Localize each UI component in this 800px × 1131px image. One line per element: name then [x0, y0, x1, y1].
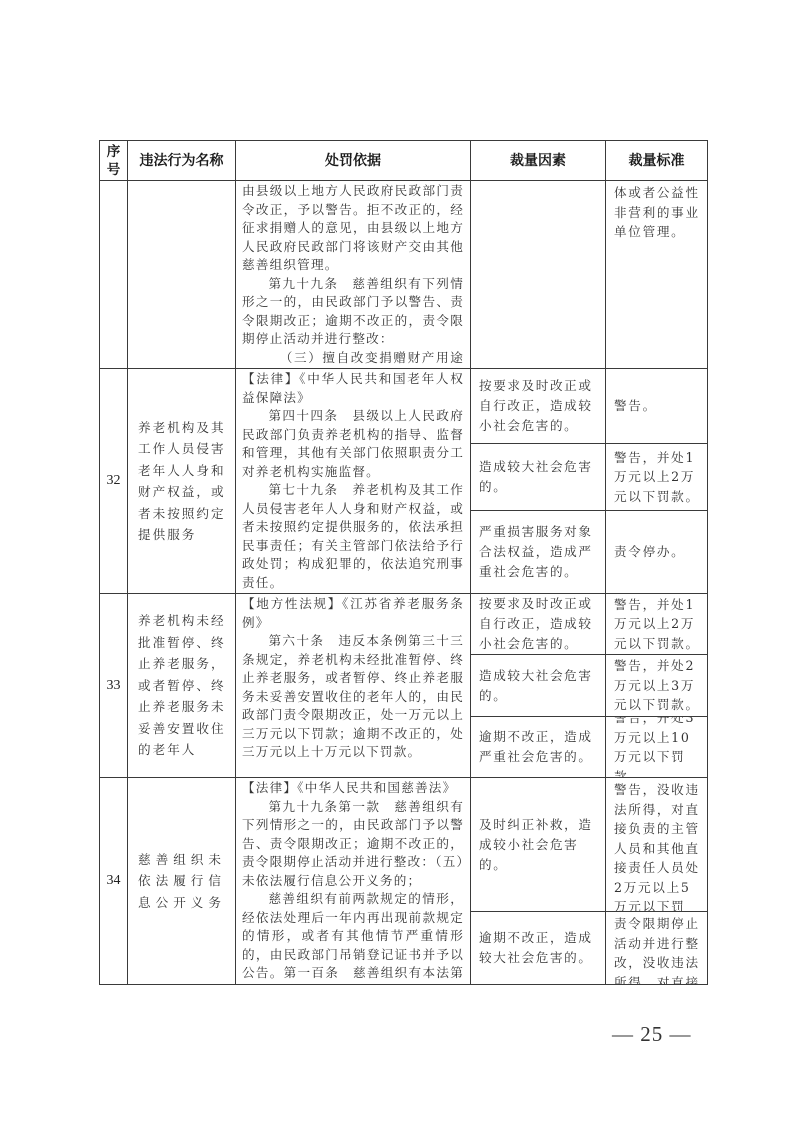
standard-text: 警告，并处1万元以上2万元以下罚款。: [614, 595, 703, 654]
factor-33-1: 按要求及时改正或自行改正，造成较小社会危害的。: [471, 594, 605, 654]
standard-text: 警告，并处1万元以上2万元以下罚款。: [614, 448, 703, 507]
basis-paragraph: 第六十条 违反本条例第三十三条规定，养老机构未经批准暂停、终止养老服务，或者暂停…: [242, 632, 464, 762]
basis-paragraph: 【法律】《中华人民共和国老年人权益保障法》: [242, 370, 464, 407]
factor-text: 造成较大社会危害的。: [479, 666, 599, 706]
standard-text: 责令停办。: [614, 542, 685, 562]
factor-34-1: 及时纠正补救，造成较小社会危害的。: [471, 778, 605, 911]
standard-34-1: 警告，没收违法所得，对直接负责的主管人员和其他直接责任人员处2万元以上5万元以下…: [606, 778, 707, 911]
basis-paragraph: 第九十九条 慈善组织有下列情形之一的，由民政部门予以警告、责令限期改正；逾期不改…: [242, 275, 464, 349]
header-penalty-basis: 处罚依据: [236, 141, 470, 180]
factor-text: 及时纠正补救，造成较小社会危害的。: [479, 815, 599, 875]
basis-paragraph: 【地方性法规】《江苏省养老服务条例》: [242, 595, 464, 632]
row-violation-name-34: 慈善组织未依法履行信息公开义务: [128, 778, 235, 984]
factor-text: 按要求及时改正或自行改正，造成较小社会危害的。: [479, 594, 599, 654]
basis-paragraph: 慈善组织有前两款规定的情形，经依法处理后一年内再出现前款规定的情形，或者有其他情…: [242, 890, 464, 984]
standard-text: 责令限期停止活动并进行整改，没收违法所得，对直接负责: [614, 914, 703, 984]
row-basis-34: 【法律】《中华人民共和国慈善法》 第九十九条第一款 慈善组织有下列情形之一的，由…: [236, 778, 470, 984]
factor-32-3: 严重损害服务对象合法权益，造成严重社会危害的。: [471, 511, 605, 593]
standard-33-2: 警告，并处2万元以上3万元以下罚款。: [606, 655, 707, 716]
standard-33-3: 警告，并处3万元以上10万元以下罚款。: [606, 717, 707, 777]
standard-text: 警告，并处3万元以上10万元以下罚款。: [614, 717, 703, 777]
row-seq-32: 32: [100, 369, 127, 593]
basis-paragraph: 第九十九条第一款 慈善组织有下列情形之一的，由民政部门予以警告、责令限期改正；逾…: [242, 798, 464, 891]
standard-text: 体或者公益性非营利的事业单位管理。: [614, 183, 703, 242]
row-seq-33: 33: [100, 594, 127, 777]
factor-text: 逾期不改正，造成严重社会危害的。: [479, 727, 599, 767]
violation-name-text: 慈善组织未依法履行信息公开义务: [138, 849, 227, 914]
factor-34-2: 逾期不改正，造成较大社会危害的。: [471, 912, 605, 984]
factor-32-2: 造成较大社会危害的。: [471, 444, 605, 510]
standard-32-3: 责令停办。: [606, 511, 707, 593]
violation-name-text: 养老机构未经批准暂停、终止养老服务，或者暂停、终止养老服务未妥善安置收住的老年人: [138, 610, 227, 761]
document-page: 序 号 违法行为名称 处罚依据 裁量因素 裁量标准 由县级以上地方人民政府民政部…: [0, 0, 800, 1131]
factor-32-1: 按要求及时改正或自行改正，造成较小社会危害的。: [471, 369, 605, 443]
factor-33-2: 造成较大社会危害的。: [471, 655, 605, 716]
standard-text: 警告。: [614, 396, 657, 416]
continuation-standard: 体或者公益性非营利的事业单位管理。: [606, 181, 707, 261]
violation-name-text: 养老机构及其工作人员侵害老年人人身和财产权益，或者未按照约定提供服务: [138, 417, 227, 546]
standard-text: 警告，没收违法所得，对直接负责的主管人员和其他直接责任人员处2万元以上5万元以下…: [614, 780, 703, 911]
standard-32-2: 警告，并处1万元以上2万元以下罚款。: [606, 444, 707, 510]
basis-paragraph: 由县级以上地方人民政府民政部门责令改正，予以警告。拒不改正的，经征求捐赠人的意见…: [242, 182, 464, 275]
header-discretion-factors: 裁量因素: [471, 141, 605, 180]
header-seq: 序 号: [100, 141, 127, 180]
row-seq-34: 34: [100, 778, 127, 984]
factor-33-3: 逾期不改正，造成严重社会危害的。: [471, 717, 605, 777]
factor-text: 造成较大社会危害的。: [479, 457, 599, 497]
row-basis-33: 【地方性法规】《江苏省养老服务条例》 第六十条 违反本条例第三十三条规定，养老机…: [236, 594, 470, 777]
row-basis-32: 【法律】《中华人民共和国老年人权益保障法》 第四十四条 县级以上人民政府民政部门…: [236, 369, 470, 593]
standard-text: 警告，并处2万元以上3万元以下罚款。: [614, 656, 703, 715]
basis-paragraph: 【法律】《中华人民共和国慈善法》: [242, 779, 464, 798]
factor-text: 按要求及时改正或自行改正，造成较小社会危害的。: [479, 376, 599, 436]
standard-32-1: 警告。: [606, 369, 707, 443]
factor-text: 严重损害服务对象合法权益，造成严重社会危害的。: [479, 522, 599, 582]
basis-paragraph: 第四十四条 县级以上人民政府民政部门负责养老机构的指导、监督和管理，其他有关部门…: [242, 407, 464, 481]
standard-33-1: 警告，并处1万元以上2万元以下罚款。: [606, 594, 707, 654]
row-violation-name-32: 养老机构及其工作人员侵害老年人人身和财产权益，或者未按照约定提供服务: [128, 369, 235, 593]
standard-34-2: 责令限期停止活动并进行整改，没收违法所得，对直接负责: [606, 912, 707, 984]
header-violation-name: 违法行为名称: [128, 141, 235, 180]
row-violation-name-33: 养老机构未经批准暂停、终止养老服务，或者暂停、终止养老服务未妥善安置收住的老年人: [128, 594, 235, 777]
basis-paragraph: 第七十九条 养老机构及其工作人员侵害老年人人身和财产权益，或者未按照约定提供服务…: [242, 481, 464, 592]
page-number: — 25 —: [612, 1022, 692, 1047]
continuation-basis: 由县级以上地方人民政府民政部门责令改正，予以警告。拒不改正的，经征求捐赠人的意见…: [236, 181, 470, 368]
basis-paragraph: （三）擅自改变捐赠财产用途的；: [242, 349, 464, 369]
factor-text: 逾期不改正，造成较大社会危害的。: [479, 928, 599, 968]
header-discretion-standard: 裁量标准: [606, 141, 707, 180]
